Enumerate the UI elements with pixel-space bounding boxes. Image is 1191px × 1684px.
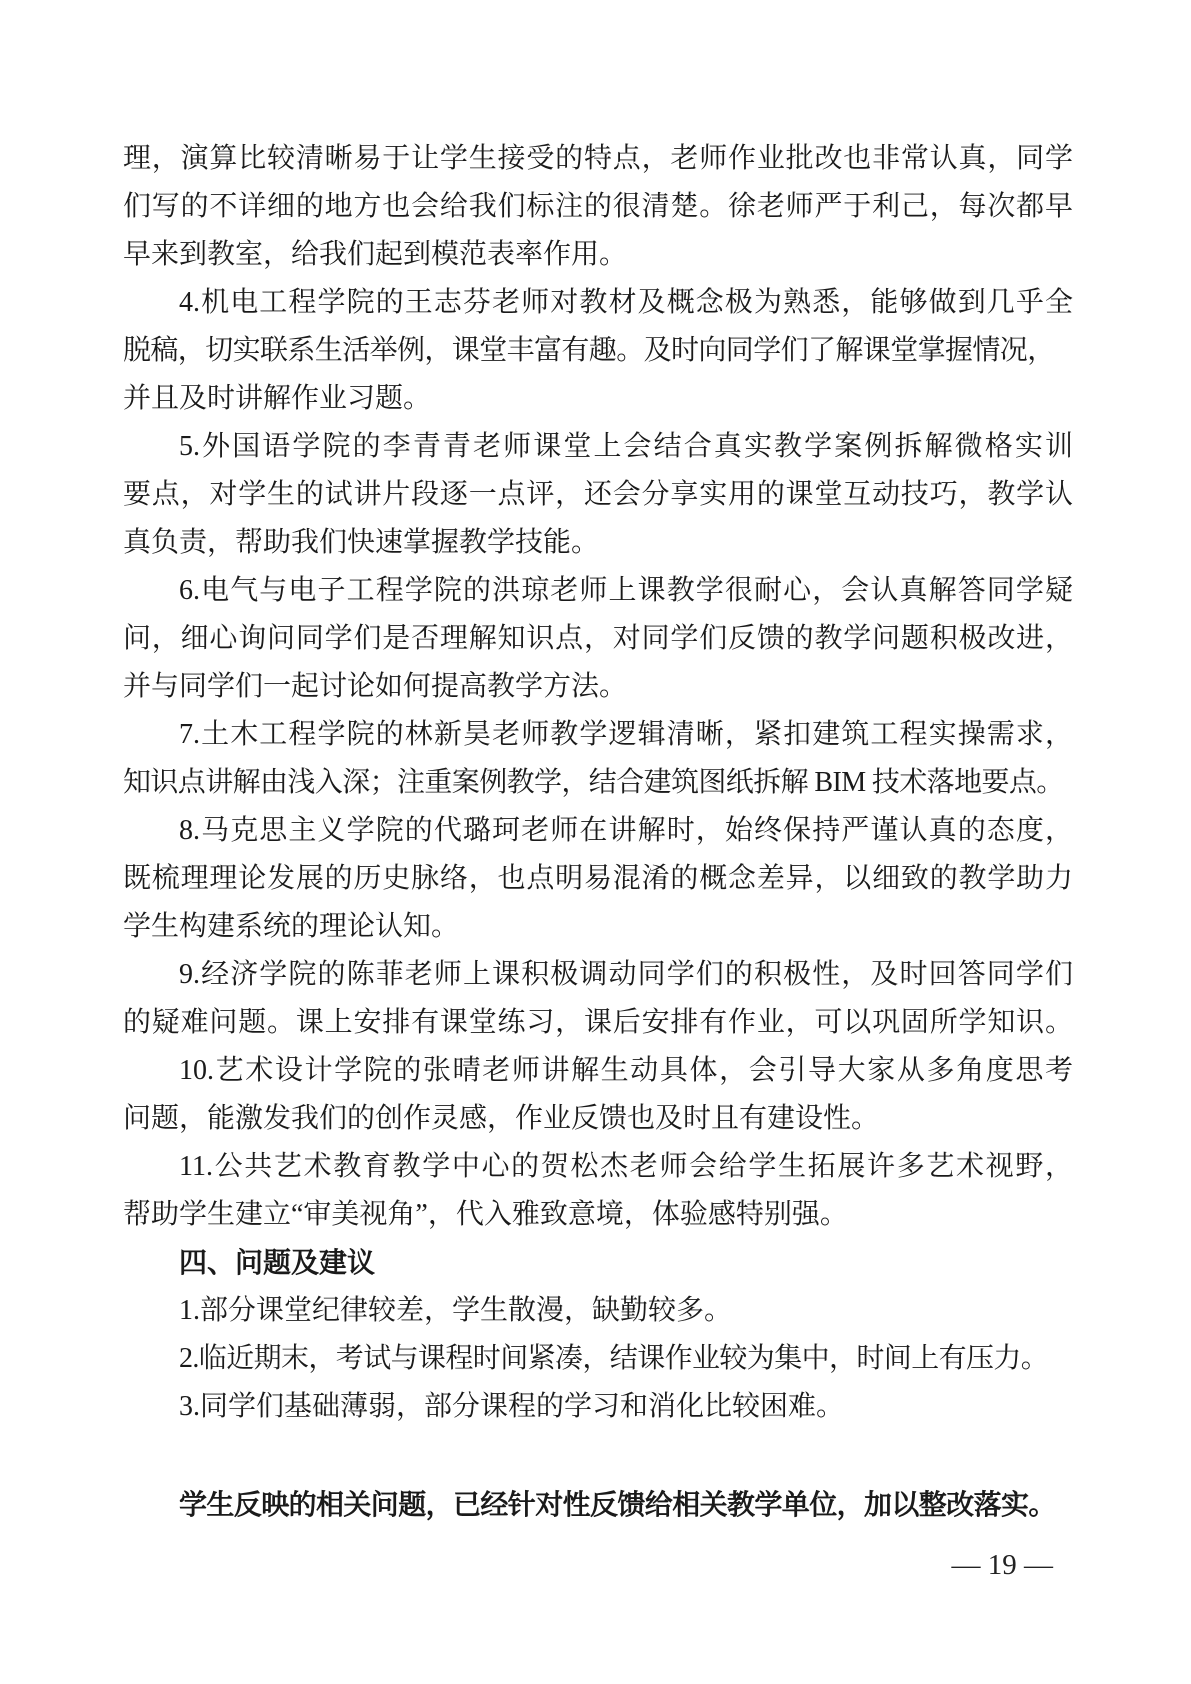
list-item-9-line: 9.经济学院的陈菲老师上课积极调动同学们的积极性，及时回答同学们	[123, 951, 1073, 999]
section-heading: 四、问题及建议	[123, 1239, 1073, 1287]
paragraph-end-line: 知识点讲解由浅入深；注重案例教学，结合建筑图纸拆解 BIM 技术落地要点。	[123, 759, 1073, 807]
list-item-4-line: 4.机电工程学院的王志芬老师对教材及概念极为熟悉，能够做到几乎全	[123, 279, 1073, 327]
paragraph-continuation-line: 问，细心询问同学们是否理解知识点，对同学们反馈的教学问题积极改进，	[123, 615, 1073, 663]
paragraph-end-line: 学生构建系统的理论认知。	[123, 903, 1073, 951]
list-item-11-line: 11.公共艺术教育教学中心的贺松杰老师会给学生拓展许多艺术视野，	[123, 1143, 1073, 1191]
paragraph-continuation-line: 既梳理理论发展的历史脉络，也点明易混淆的概念差异，以细致的教学助力	[123, 855, 1073, 903]
list-item-6-line: 6.电气与电子工程学院的洪琼老师上课教学很耐心，会认真解答同学疑	[123, 567, 1073, 615]
list-item-7-line: 7.土木工程学院的林新昊老师教学逻辑清晰，紧扣建筑工程实操需求，	[123, 711, 1073, 759]
issue-item-1-line: 1.部分课堂纪律较差，学生散漫，缺勤较多。	[123, 1287, 1073, 1335]
paragraph-continuation-line: 要点，对学生的试讲片段逐一点评，还会分享实用的课堂互动技巧，教学认	[123, 471, 1073, 519]
issue-item-3-line: 3.同学们基础薄弱，部分课程的学习和消化比较困难。	[123, 1383, 1073, 1431]
paragraph-end-line: 早来到教室，给我们起到模范表率作用。	[123, 231, 1073, 279]
document-page: 理，演算比较清晰易于让学生接受的特点，老师作业批改也非常认真，同学们写的不详细的…	[0, 0, 1191, 1684]
page-number: — 19 —	[952, 1548, 1054, 1582]
paragraph-end-line: 的疑难问题。课上安排有课堂练习，课后安排有作业，可以巩固所学知识。	[123, 999, 1073, 1047]
list-item-10-line: 10.艺术设计学院的张晴老师讲解生动具体，会引导大家从多角度思考	[123, 1047, 1073, 1095]
list-item-5-line: 5.外国语学院的李青青老师课堂上会结合真实教学案例拆解微格实训	[123, 423, 1073, 471]
paragraph-end-line: 并与同学们一起讨论如何提高教学方法。	[123, 663, 1073, 711]
paragraph-end-line: 问题，能激发我们的创作灵感，作业反馈也及时且有建设性。	[123, 1095, 1073, 1143]
paragraph-continuation-line: 们写的不详细的地方也会给我们标注的很清楚。徐老师严于利己，每次都早	[123, 183, 1073, 231]
paragraph-end-line: 帮助学生建立“审美视角”，代入雅致意境，体验感特别强。	[123, 1191, 1073, 1239]
paragraph-continuation-line: 理，演算比较清晰易于让学生接受的特点，老师作业批改也非常认真，同学	[123, 135, 1073, 183]
issue-item-2-line: 2.临近期末，考试与课程时间紧凑，结课作业较为集中，时间上有压力。	[123, 1335, 1073, 1383]
list-item-8-line: 8.马克思主义学院的代璐珂老师在讲解时，始终保持严谨认真的态度，	[123, 807, 1073, 855]
closing-statement: 学生反映的相关问题，已经针对性反馈给相关教学单位，加以整改落实。	[123, 1481, 1073, 1529]
paragraph-continuation-line: 脱稿，切实联系生活举例，课堂丰富有趣。及时向同学们了解课堂掌握情况，	[123, 327, 1073, 375]
document-body: 理，演算比较清晰易于让学生接受的特点，老师作业批改也非常认真，同学们写的不详细的…	[123, 135, 1073, 1529]
paragraph-end-line: 并且及时讲解作业习题。	[123, 375, 1073, 423]
paragraph-end-line: 真负责，帮助我们快速掌握教学技能。	[123, 519, 1073, 567]
